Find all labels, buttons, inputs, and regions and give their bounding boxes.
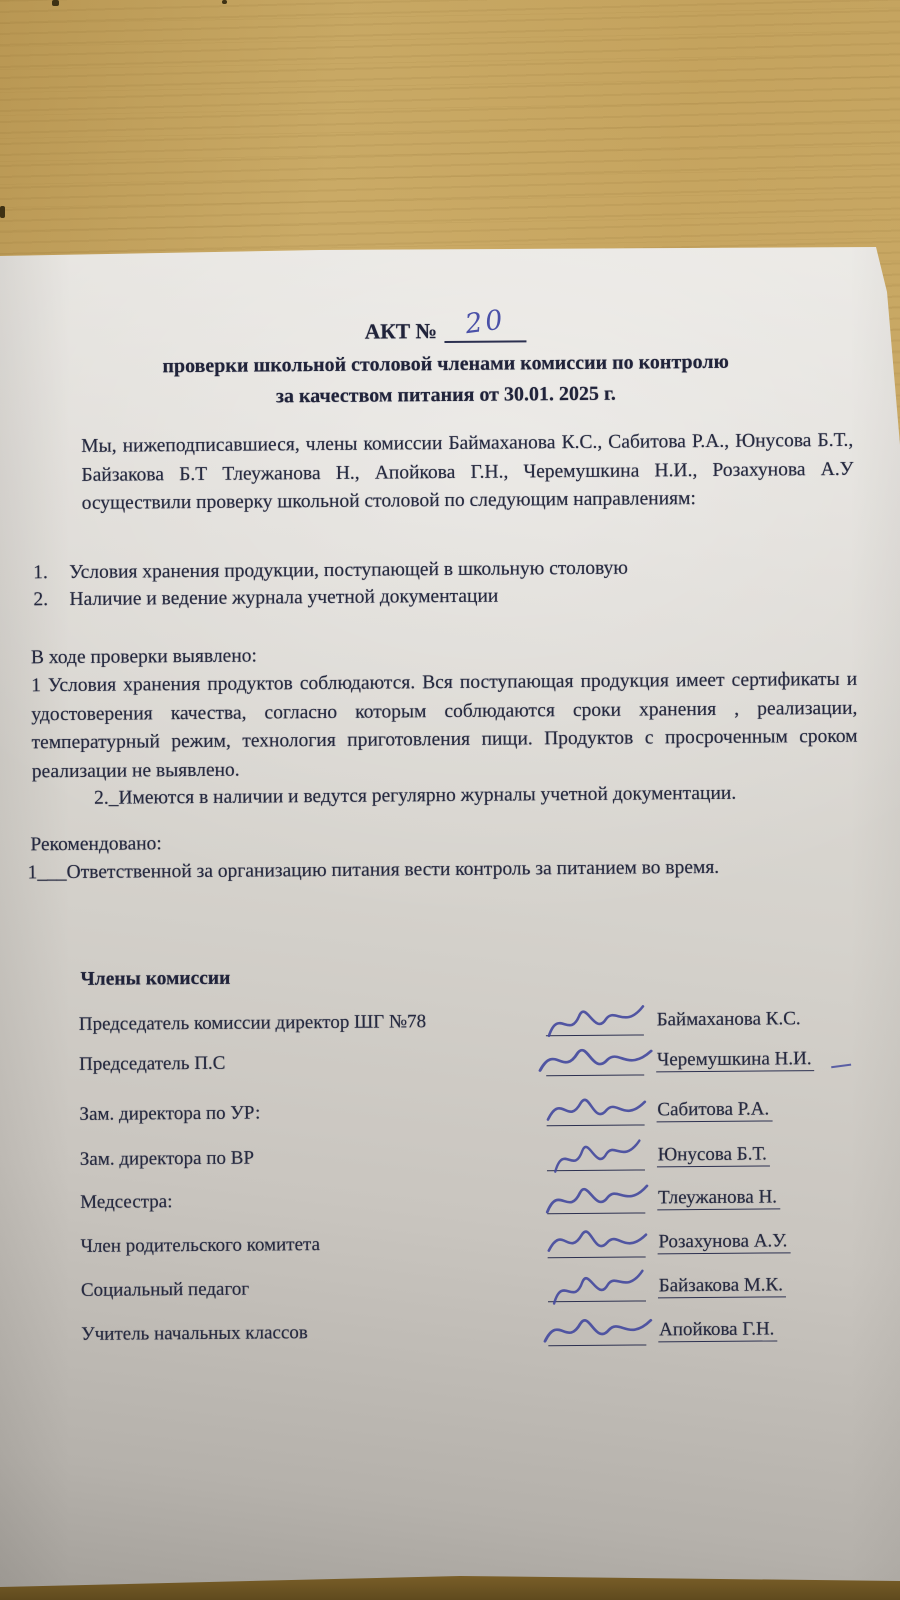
checklist-number: 1. bbox=[33, 559, 69, 588]
title-line-3: за качеством питания от 30.01. 2025 г. bbox=[0, 377, 896, 413]
findings-item-2: 2._Имеются в наличии и ведутся регулярно… bbox=[94, 779, 874, 814]
signature-line bbox=[547, 1234, 645, 1258]
checklist-number: 2. bbox=[33, 586, 69, 615]
wood-speck bbox=[0, 206, 5, 218]
signature-role: Председатель комиссии директор ШГ №78 bbox=[79, 1011, 426, 1035]
signature-name: Баймаханова К.С. bbox=[656, 1008, 804, 1031]
signature-area: Баймаханова К.С. bbox=[546, 1005, 804, 1036]
signature-row: Медсестра: Тлеужанова Н. bbox=[80, 1183, 870, 1221]
signature-role: Социальный педагог bbox=[81, 1279, 249, 1301]
recommendation-line: 1___Ответственной за организацию питания… bbox=[28, 853, 888, 888]
signature-name: Апойкова Г.Н. bbox=[658, 1318, 777, 1342]
findings-paragraph: 1 Условия хранения продуктов соблюдаются… bbox=[31, 666, 858, 786]
handwritten-signature-icon bbox=[530, 1032, 667, 1085]
signature-area: Байзакова М.К. bbox=[548, 1271, 786, 1301]
signature-row: Член родительского комитета Розахунова А… bbox=[80, 1227, 870, 1265]
handwritten-signature-icon bbox=[536, 1303, 666, 1354]
signature-role: Зам. директора по ВР bbox=[80, 1148, 254, 1170]
act-number-handwritten: 20 bbox=[463, 306, 507, 339]
signature-role: Зам. директора по УР: bbox=[79, 1102, 260, 1124]
photo-of-document: { "palette": { "wood_light": "#c8a55d", … bbox=[0, 0, 900, 1600]
wood-speck bbox=[52, 0, 59, 6]
signature-name: Юнусова Б.Т. bbox=[657, 1143, 770, 1167]
signature-name: Байзакова М.К. bbox=[658, 1274, 786, 1298]
signature-row: Зам. директора по УР: Сабитова Р.А. bbox=[79, 1095, 869, 1133]
signature-row: Зам. директора по ВР Юнусова Б.Т. bbox=[80, 1140, 870, 1178]
committee-header: Члены комиссии bbox=[80, 965, 230, 995]
document-content: АКТ №20 проверки школьной столовой члена… bbox=[0, 236, 900, 1600]
signature-area: Сабитова Р.А. bbox=[546, 1095, 772, 1125]
act-title-row: АКТ №20 bbox=[0, 312, 895, 349]
checklist-text: Наличие и ведение журнала учетной докуме… bbox=[69, 586, 498, 610]
signature-line bbox=[546, 1102, 644, 1126]
act-title-label: АКТ № bbox=[365, 319, 438, 344]
signature-name: Сабитова Р.А. bbox=[656, 1098, 772, 1122]
checklist-text: Условия хранения продукции, поступающей … bbox=[69, 558, 628, 583]
signature-area: Тлеужанова Н. bbox=[547, 1183, 780, 1213]
paper-sheet: АКТ №20 проверки школьной столовой члена… bbox=[0, 240, 900, 1600]
signature-area: Черемушкина Н.И. bbox=[546, 1045, 815, 1076]
signature-row: Председатель П.С Черемушкина Н.И. bbox=[79, 1045, 869, 1083]
checklist-item-2: 2.Наличие и ведение журнала учетной доку… bbox=[33, 580, 863, 615]
act-number-line: 20 bbox=[444, 315, 526, 343]
signature-role: Медсестра: bbox=[80, 1191, 172, 1213]
signature-name: Тлеужанова Н. bbox=[657, 1186, 780, 1210]
signature-row: Председатель комиссии директор ШГ №78 Ба… bbox=[79, 1005, 869, 1043]
signature-line bbox=[548, 1278, 646, 1302]
signature-name: Черемушкина Н.И. bbox=[656, 1048, 815, 1072]
signature-line bbox=[548, 1322, 646, 1346]
title-line-2: проверки школьной столовой членами комис… bbox=[0, 346, 896, 382]
signature-role: Председатель П.С bbox=[79, 1053, 225, 1075]
signature-area: Розахунова А.У. bbox=[547, 1227, 790, 1257]
signature-row: Социальный педагог Байзакова М.К. bbox=[81, 1271, 871, 1309]
signature-role: Член родительского комитета bbox=[80, 1234, 320, 1257]
wood-speck bbox=[222, 0, 227, 4]
recommended-header: Рекомендовано: bbox=[30, 830, 162, 860]
signature-line bbox=[547, 1190, 645, 1214]
signature-area: Апойкова Г.Н. bbox=[548, 1315, 777, 1345]
signature-row: Учитель начальных классов Апойкова Г.Н. bbox=[81, 1315, 871, 1353]
signature-line bbox=[546, 1052, 644, 1076]
signature-area: Юнусова Б.Т. bbox=[547, 1140, 770, 1170]
findings-header: В ходе проверки выявлено: bbox=[31, 643, 257, 673]
signature-line bbox=[547, 1147, 645, 1171]
signature-role: Учитель начальных классов bbox=[81, 1322, 308, 1345]
signature-name: Розахунова А.У. bbox=[657, 1230, 790, 1254]
intro-paragraph: Мы, нижеподписавшиеся, члены комиссии Ба… bbox=[81, 427, 854, 519]
